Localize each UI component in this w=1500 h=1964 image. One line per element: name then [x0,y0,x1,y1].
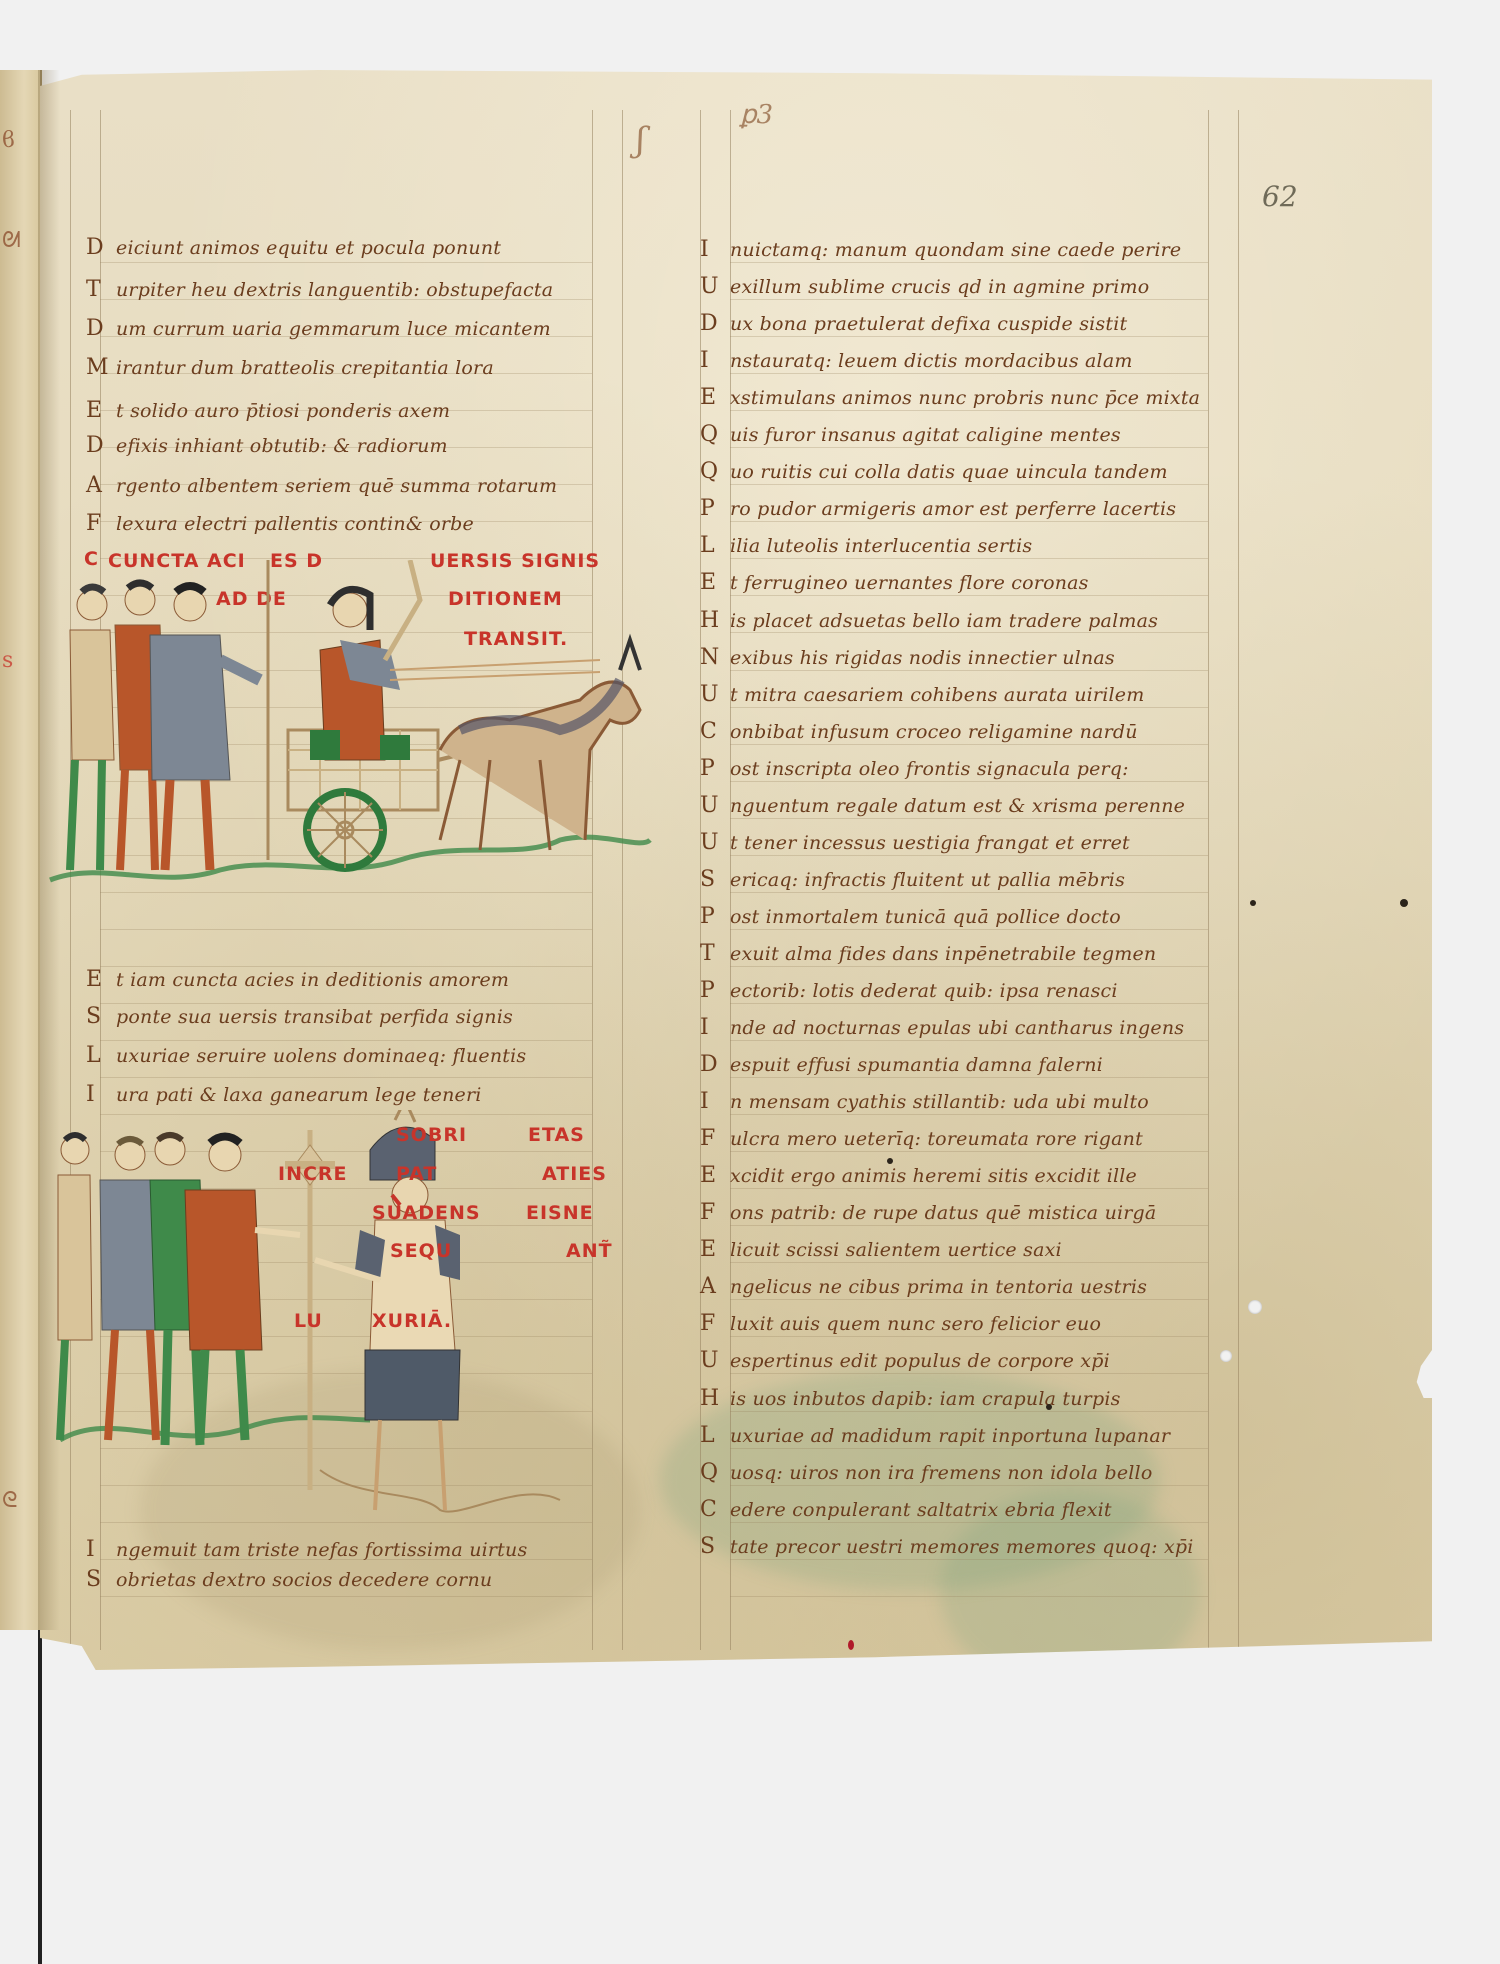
verse-text: nguentum regale datum est & xrisma peren… [730,795,1185,817]
verse-text: luxit auis quem nunc sero felicior euo [730,1313,1101,1335]
verse-text: ngelicus ne cibus prima in tentoria uest… [730,1276,1147,1298]
verse-text: ost inscripta oleo frontis signacula per… [730,758,1129,780]
soldier-figure [70,587,114,870]
verse-text: rgento albentem seriem quē summa rotarum [116,475,557,497]
verse-initial: E [86,967,112,992]
verse-text: xcidit ergo animis heremi sitis excidit … [730,1165,1137,1187]
verse-text: ura pati & laxa ganearum lege teneri [116,1084,482,1106]
verse-text: n mensam cyathis stillantib: uda ubi mul… [730,1091,1149,1113]
ruling-line [730,1448,1208,1449]
verse-initial: P [700,496,726,521]
verse-text: uis furor insanus agitat caligine mentes [730,424,1121,446]
ruling-line [100,929,592,930]
rubric-text: ANT̃ [566,1240,613,1262]
ruling-line [100,1003,592,1004]
verse-text: ngemuit tam triste nefas fortissima uirt… [116,1539,527,1561]
ruling-line [730,484,1208,485]
ruling-line [730,1040,1208,1041]
verse-text: ux bona praetulerat defixa cuspide sisti… [730,313,1127,335]
rubric-text: ETAS [528,1124,585,1146]
red-ink-spot [848,1640,854,1650]
parchment-hole [1248,1300,1262,1314]
verse-initial: M [86,355,112,380]
facing-rubric-fragment: s [2,650,36,672]
ruling-line [730,410,1208,411]
verse-initial: L [700,533,726,558]
verse-initial: Q [700,422,726,447]
ruling-line [730,1151,1208,1152]
ruling-line [100,1077,592,1078]
soldier-figure [58,1135,92,1440]
verse-initial: I [700,1015,726,1040]
verse-text: ulcra mero ueterīq: toreumata rore rigan… [730,1128,1143,1150]
verse-text: ons patrib: de rupe datus quē mistica ui… [730,1202,1156,1224]
verse-text: lexura electri pallentis contin& orbe [116,513,474,535]
rubric-text: INCRE [278,1163,348,1185]
marginal-sketch-icon: ϐ [2,130,36,152]
verse-initial: U [700,793,726,818]
verse-initial: L [700,1423,726,1448]
verse-text: ericaq: infractis fluitent ut pallia mēb… [730,869,1125,891]
verse-initial: D [700,311,726,336]
ruling-line [730,707,1208,708]
ruling-line [730,1373,1208,1374]
verse-initial: I [700,1089,726,1114]
ink-dot [1250,900,1256,906]
verse-text: uxuriae seruire uolens dominaeq: fluenti… [116,1045,526,1067]
verse-initial: S [700,867,726,892]
verse-initial: I [86,1537,112,1562]
ruling-line [730,1114,1208,1115]
verse-initial: T [700,941,726,966]
verse-initial: U [700,682,726,707]
verse-text: nuictamq: manum quondam sine caede perir… [730,239,1181,261]
verse-initial: S [86,1567,112,1592]
verse-text: espuit effusi spumantia damna falerni [730,1054,1103,1076]
verse-text: t mitra caesariem cohibens aurata uirile… [730,684,1144,706]
ruling-line [730,1003,1208,1004]
verse-initial: E [700,570,726,595]
verse-text: exillum sublime crucis qd in agmine prim… [730,276,1149,298]
ruling-line [100,262,592,263]
verse-text: espertinus edit populus de corpore xp̄i [730,1350,1110,1372]
verse-initial: D [86,433,112,458]
horse-figure [440,640,640,850]
verse-initial: P [700,756,726,781]
ruling-line [1238,110,1239,1650]
ruling-line [730,670,1208,671]
verse-initial: E [700,385,726,410]
verse-text: irantur dum bratteolis crepitantia lora [116,357,494,379]
verse-initial: P [700,904,726,929]
ruling-line [730,299,1208,300]
ruling-line [730,1336,1208,1337]
ruling-line [730,1522,1208,1523]
verse-text: licuit scissi salientem uertice saxi [730,1239,1062,1261]
ruling-line [730,744,1208,745]
top-margin-mark: ʃ [636,120,645,160]
ruling-line [730,781,1208,782]
rubric-text: PAT [396,1163,437,1185]
parchment-hole [1220,1350,1232,1362]
ruling-line [730,521,1208,522]
ruling-line [100,1040,592,1041]
rubric-text: XURIĀ. [372,1310,452,1332]
top-margin-mark: ꝑ3 [740,100,773,130]
verse-text: exuit alma fides dans inpēnetrabile tegm… [730,943,1156,965]
verse-initial: D [86,316,112,341]
ruling-line [1208,110,1209,1650]
chariot-illustration [40,560,660,900]
ruling-line [730,558,1208,559]
verse-text: obrietas dextro socios decedere cornu [116,1569,492,1591]
verse-text: ost inmortalem tunicā quā pollice docto [730,906,1121,928]
verse-text: efixis inhiant obtutib: & radiorum [116,435,448,457]
verse-text: nde ad nocturnas epulas ubi cantharus in… [730,1017,1184,1039]
ruling-line [730,818,1208,819]
verse-initial: F [700,1311,726,1336]
verse-initial: I [86,1082,112,1107]
ruling-line [730,892,1208,893]
ruling-line [730,1188,1208,1189]
verse-text: um currum uaria gemmarum luce micantem [116,318,551,340]
ink-dot [1046,1404,1052,1410]
verse-initial: U [700,274,726,299]
verse-initial: P [700,978,726,1003]
verse-text: urpiter heu dextris languentib: obstupef… [116,279,553,301]
verse-text: eiciunt animos equitu et pocula ponunt [116,237,501,259]
ink-dot [887,1158,893,1164]
verse-text: nstauratq: leuem dictis mordacibus alam [730,350,1133,372]
rubric-text: EISNE [526,1202,594,1224]
soldier-figure [150,586,260,870]
verse-text: uo ruitis cui colla datis quae uincula t… [730,461,1168,483]
ruling-line [730,1485,1208,1486]
verse-initial: E [700,1163,726,1188]
ruling-line [100,966,592,967]
verse-initial: H [700,608,726,633]
ruling-line [730,1299,1208,1300]
verse-text: uxuriae ad madidum rapit inportuna lupan… [730,1425,1170,1447]
verse-text: edere conpulerant saltatrix ebria flexit [730,1499,1112,1521]
verse-text: t ferrugineo uernantes flore coronas [730,572,1089,594]
facing-page-fragment: ϐ ᘛ s ᘓ [0,70,42,1630]
ink-dot [1400,899,1408,907]
verse-text: exibus his rigidas nodis innectier ulnas [730,647,1115,669]
verse-text: ilia luteolis interlucentia sertis [730,535,1032,557]
edge-tear [1383,1660,1423,1720]
verse-initial: D [700,1052,726,1077]
ruling-line [730,1077,1208,1078]
rubric-text: LU [294,1310,323,1332]
ruling-line [730,1225,1208,1226]
ruling-line [730,336,1208,337]
verse-text: t tener incessus uestigia frangat et err… [730,832,1130,854]
verse-initial: C [700,1497,726,1522]
folio-number: 62 [1262,180,1298,213]
ruling-line [730,966,1208,967]
ruling-line [730,1411,1208,1412]
ruling-line [100,1596,592,1597]
verse-initial: H [700,1386,726,1411]
ruling-line [730,1596,1208,1597]
verse-text: is uos inbutos dapib: iam crapula turpis [730,1388,1121,1410]
ruling-line [730,855,1208,856]
verse-text: ponte sua uersis transibat perfida signi… [116,1006,513,1028]
rubric-text: ATIES [542,1163,607,1185]
ruling-line [730,595,1208,596]
verse-initial: T [86,277,112,302]
verse-initial: S [86,1004,112,1029]
marginal-sketch-icon: ᘓ [2,1490,36,1512]
verse-text: is placet adsuetas bello iam tradere pal… [730,610,1158,632]
verse-initial: I [700,237,726,262]
verse-text: ectorib: lotis dederat quib: ipsa renasc… [730,980,1118,1002]
verse-initial: U [700,830,726,855]
verse-text: t solido auro p̄tiosi ponderis axem [116,400,450,422]
verse-initial: I [700,348,726,373]
verse-initial: Q [700,1460,726,1485]
verse-initial: L [86,1043,112,1068]
verse-initial: C [700,719,726,744]
verse-initial: A [700,1274,726,1299]
verse-text: tate precor uestri memores memores quoq:… [730,1536,1194,1558]
rubric-text: SUADENS [372,1202,481,1224]
verse-initial: A [86,473,112,498]
verse-text: uosq: uiros non ira fremens non idola be… [730,1462,1152,1484]
verse-initial: F [86,511,112,536]
verse-text: onbibat infusum croceo religamine nardū [730,721,1138,743]
verse-text: ro pudor armigeris amor est perferre lac… [730,498,1176,520]
ruling-line [730,373,1208,374]
binding-strip [38,1630,42,1964]
verse-initial: D [86,235,112,260]
verse-initial: N [700,645,726,670]
verse-initial: F [700,1200,726,1225]
ruling-line [730,1559,1208,1560]
rubric-text: SEQU [390,1240,452,1262]
rubric-text: SOBRI [396,1124,467,1146]
verse-initial: S [700,1534,726,1559]
ruling-line [730,262,1208,263]
verse-initial: E [86,398,112,423]
verse-text: t iam cuncta acies in deditionis amorem [116,969,509,991]
verse-initial: E [700,1237,726,1262]
verse-initial: Q [700,459,726,484]
ruling-line [730,1262,1208,1263]
verse-text: xstimulans animos nunc probris nunc p̄ce… [730,387,1200,409]
ruling-line [730,632,1208,633]
verse-initial: U [700,1348,726,1373]
marginal-sketch-icon: ᘛ [2,230,36,252]
ruling-line [730,929,1208,930]
ruling-line [730,447,1208,448]
verse-initial: F [700,1126,726,1151]
